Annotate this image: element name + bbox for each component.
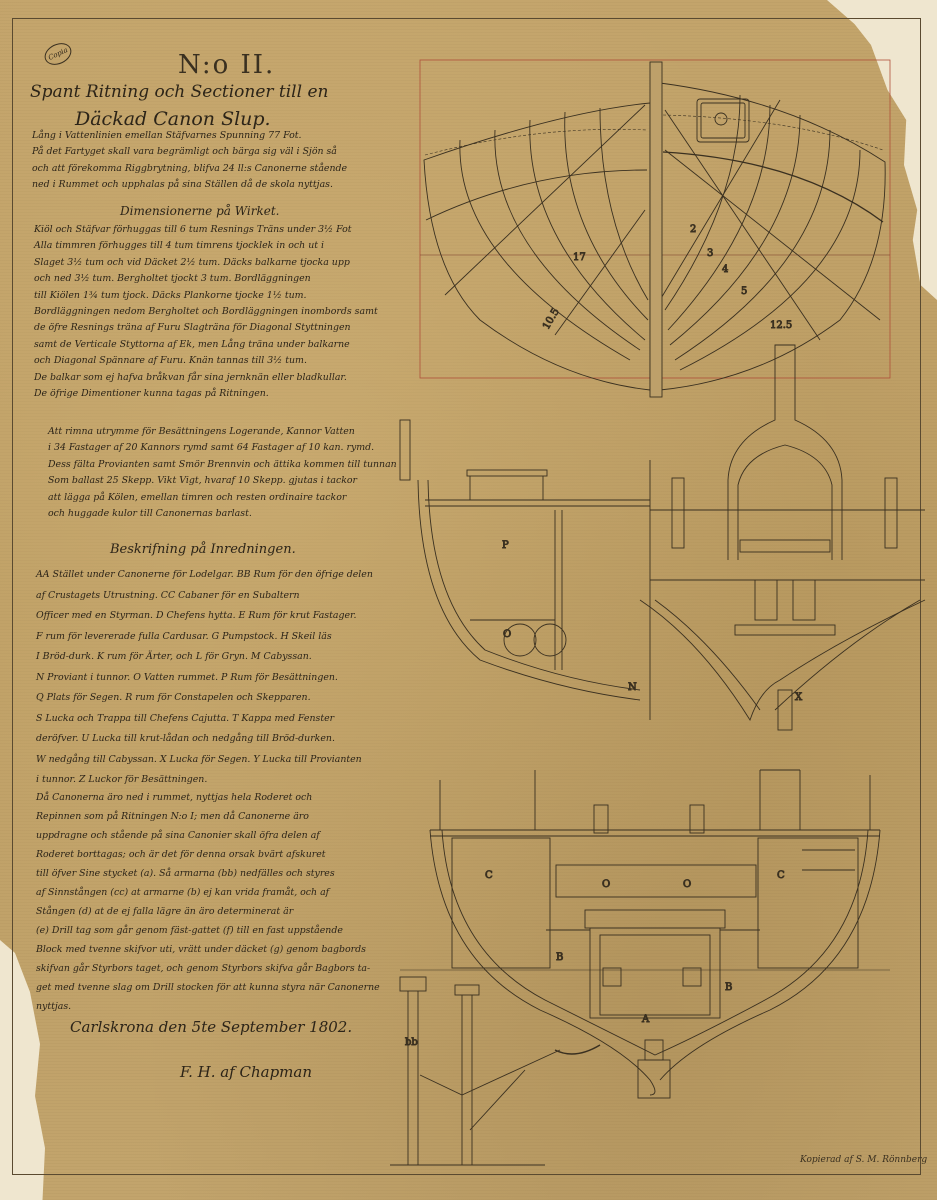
midship-section-drawing: P O N X bbox=[400, 345, 925, 730]
body-plan-drawing: 10.5 17 2 3 4 5 12.5 bbox=[420, 60, 890, 397]
aft-section-drawing: C C O O B B A bb bbox=[390, 770, 890, 1165]
section-label: X bbox=[795, 692, 803, 703]
section-label: A bbox=[641, 1014, 650, 1025]
section-label: O bbox=[503, 629, 511, 640]
diagonal-label: 12.5 bbox=[770, 320, 792, 331]
section-label: O bbox=[683, 879, 691, 890]
section-label: P bbox=[502, 540, 509, 551]
section-label: bb bbox=[405, 1037, 418, 1048]
section-label: C bbox=[777, 870, 785, 881]
section-label: O bbox=[602, 879, 610, 890]
diagonal-label: 4 bbox=[722, 264, 728, 275]
diagonal-label: 10.5 bbox=[541, 307, 562, 332]
ship-drawings: 10.5 17 2 3 4 5 12.5 bbox=[0, 0, 937, 1200]
diagonal-label: 17 bbox=[573, 252, 586, 263]
diagonal-label: 3 bbox=[707, 248, 713, 259]
diagonal-label: 2 bbox=[690, 224, 696, 235]
section-label: N bbox=[628, 682, 637, 693]
section-label: B bbox=[725, 982, 732, 993]
section-label: B bbox=[556, 952, 563, 963]
diagonal-label: 5 bbox=[741, 286, 747, 297]
section-label: C bbox=[485, 870, 493, 881]
